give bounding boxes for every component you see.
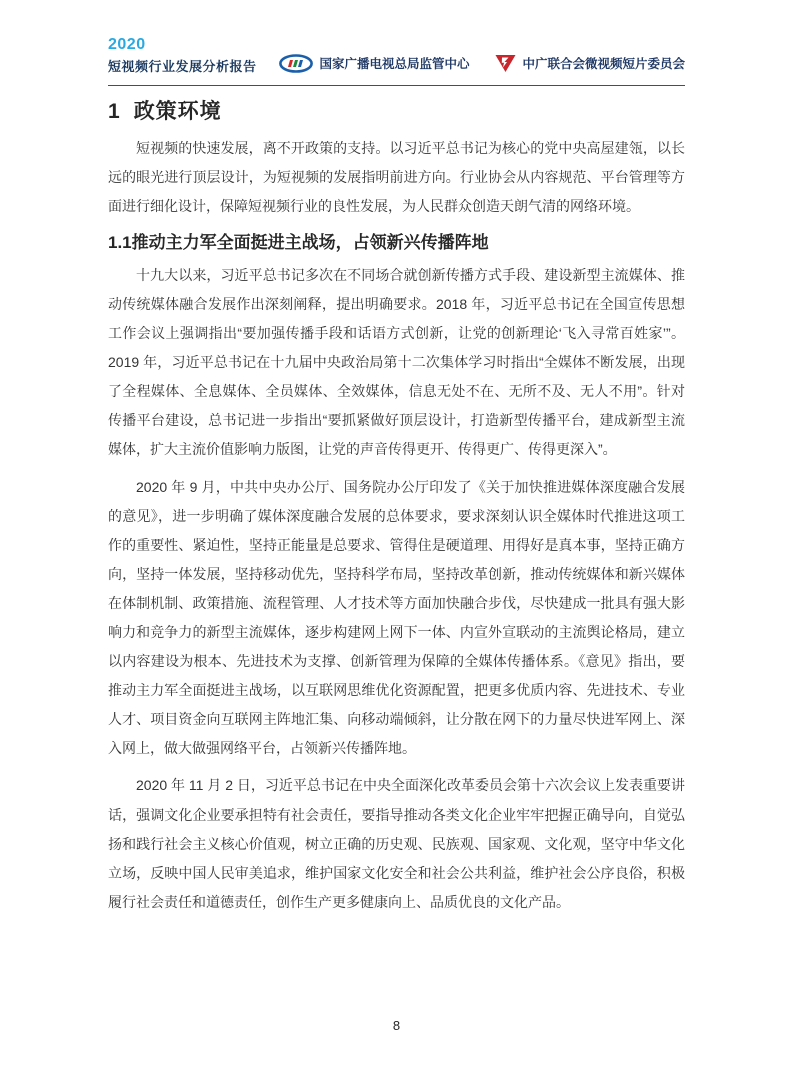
header-divider bbox=[108, 85, 685, 86]
header-organizations: 国家广播电视总局监管中心 中广联合会微视频短片委员会 bbox=[279, 54, 685, 75]
chapter-title: 1政策环境 bbox=[108, 95, 685, 125]
org-cflac: 中广联合会微视频短片委员会 bbox=[495, 54, 685, 73]
page-header: 2020 短视频行业发展分析报告 国家广播电视总局监管中心 bbox=[108, 36, 685, 75]
paragraph: 2020 年 9 月，中共中央办公厅、国务院办公厅印发了《关于加快推进媒体深度融… bbox=[108, 473, 685, 764]
nrta-oval-logo-icon bbox=[279, 54, 313, 73]
org-nrta-name: 国家广播电视总局监管中心 bbox=[319, 54, 469, 72]
org-cflac-name: 中广联合会微视频短片委员会 bbox=[522, 54, 685, 72]
chapter-number: 1 bbox=[108, 100, 121, 123]
red-triangle-logo-icon bbox=[495, 54, 516, 73]
section-title: 1.1推动主力军全面挺进主战场，占领新兴传播阵地 bbox=[108, 228, 685, 253]
page-footer: 8 bbox=[0, 1017, 793, 1035]
document-page: 2020 短视频行业发展分析报告 国家广播电视总局监管中心 bbox=[0, 0, 793, 1077]
paragraph: 十九大以来，习近平总书记多次在不同场合就创新传播方式手段、建设新型主流媒体、推动… bbox=[108, 261, 685, 465]
paragraph-intro: 短视频的快速发展，离不开政策的支持。以习近平总书记为核心的党中央高屋建瓴，以长远… bbox=[108, 134, 685, 221]
document-body: 1政策环境 短视频的快速发展，离不开政策的支持。以习近平总书记为核心的党中央高屋… bbox=[108, 95, 685, 917]
report-branding: 2020 短视频行业发展分析报告 bbox=[108, 36, 257, 75]
chapter-name: 政策环境 bbox=[134, 100, 222, 123]
org-nrta: 国家广播电视总局监管中心 bbox=[279, 54, 469, 73]
paragraph: 2020 年 11 月 2 日，习近平总书记在中央全面深化改革委员会第十六次会议… bbox=[108, 771, 685, 916]
header-report-title: 短视频行业发展分析报告 bbox=[108, 56, 257, 75]
page-number: 8 bbox=[393, 1018, 400, 1033]
header-year: 2020 bbox=[108, 36, 257, 54]
